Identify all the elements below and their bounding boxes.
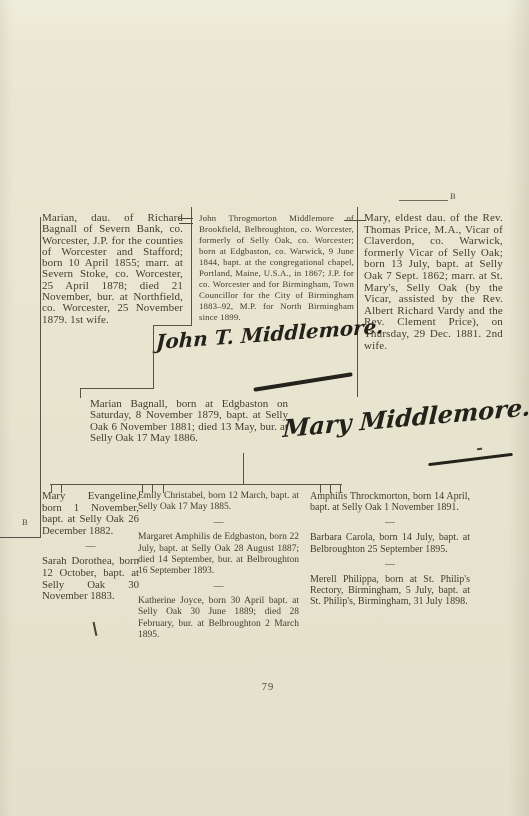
child-entry: Mary Evangeline, born 1 November, bapt. … xyxy=(42,491,139,537)
divider-husband-wife2 xyxy=(357,207,358,397)
left-continuation-rule xyxy=(0,537,41,538)
paragraph-separator: — xyxy=(310,560,470,569)
second-marriage-descent-vertical xyxy=(243,453,244,485)
ink-speck xyxy=(477,448,482,450)
paragraph-separator: — xyxy=(138,582,299,591)
child-entry: Katherine Joyce, born 30 April bapt. at … xyxy=(138,596,299,641)
paragraph-separator: — xyxy=(42,542,139,551)
child-entry: Margaret Amphilis de Edgbaston, born 22 … xyxy=(138,532,299,577)
wife2-signature-flourish xyxy=(428,453,513,466)
second-marriage-children-rule xyxy=(50,484,342,485)
divider-wife1-husband xyxy=(191,207,192,325)
husband-signature-flourish xyxy=(253,372,352,391)
husband-entry: John Throgmorton Middlemore of Brookfiel… xyxy=(199,213,354,323)
marriage2-dash-connector xyxy=(344,220,366,221)
wife1-entry: Marian, dau. of Richard Bagnall of Sever… xyxy=(42,213,183,326)
first-marriage-descent-jog xyxy=(153,325,192,326)
children-column-3: Amphilis Throckmorton, born 14 April, ba… xyxy=(310,491,470,607)
first-marriage-descent-vertical xyxy=(153,325,154,389)
top-signature-mark: B xyxy=(450,191,456,201)
child-entry: Amphilis Throckmorton, born 14 April, ba… xyxy=(310,491,470,513)
children-column-2: Emily Christabel, born 12 March, bapt. a… xyxy=(138,491,299,641)
child-entry: Sarah Dorothea, born 12 October, bapt. a… xyxy=(42,556,139,602)
child-first-marriage-entry: Marian Bagnall, born at Edgbaston on Sat… xyxy=(90,399,288,445)
book-page: B B Marian, dau. of Richard Bagnall of S… xyxy=(0,0,529,816)
first-marriage-descent-horizontal xyxy=(80,388,154,389)
wife2-signature: Mary Middlemore. xyxy=(282,392,529,443)
page-number: 79 xyxy=(248,682,288,693)
child-entry: Emily Christabel, born 12 March, bapt. a… xyxy=(138,491,299,513)
child-entry: Merell Philippa, born at St. Philip's Re… xyxy=(310,574,470,608)
paragraph-separator: — xyxy=(310,518,470,527)
paragraph-separator: — xyxy=(138,518,299,527)
stray-mark xyxy=(93,622,97,636)
first-marriage-child-tick xyxy=(80,388,81,398)
child-entry: Barbara Carola, born 14 July, bapt. at B… xyxy=(310,532,470,554)
children-column-1: Mary Evangeline, born 1 November, bapt. … xyxy=(42,491,139,603)
wife2-entry: Mary, eldest dau. of the Rev. Thomas Pri… xyxy=(364,213,503,352)
top-signature-rule xyxy=(399,200,448,201)
wife1-left-descent-rule xyxy=(40,217,41,537)
left-continuation-mark: B xyxy=(22,517,28,527)
